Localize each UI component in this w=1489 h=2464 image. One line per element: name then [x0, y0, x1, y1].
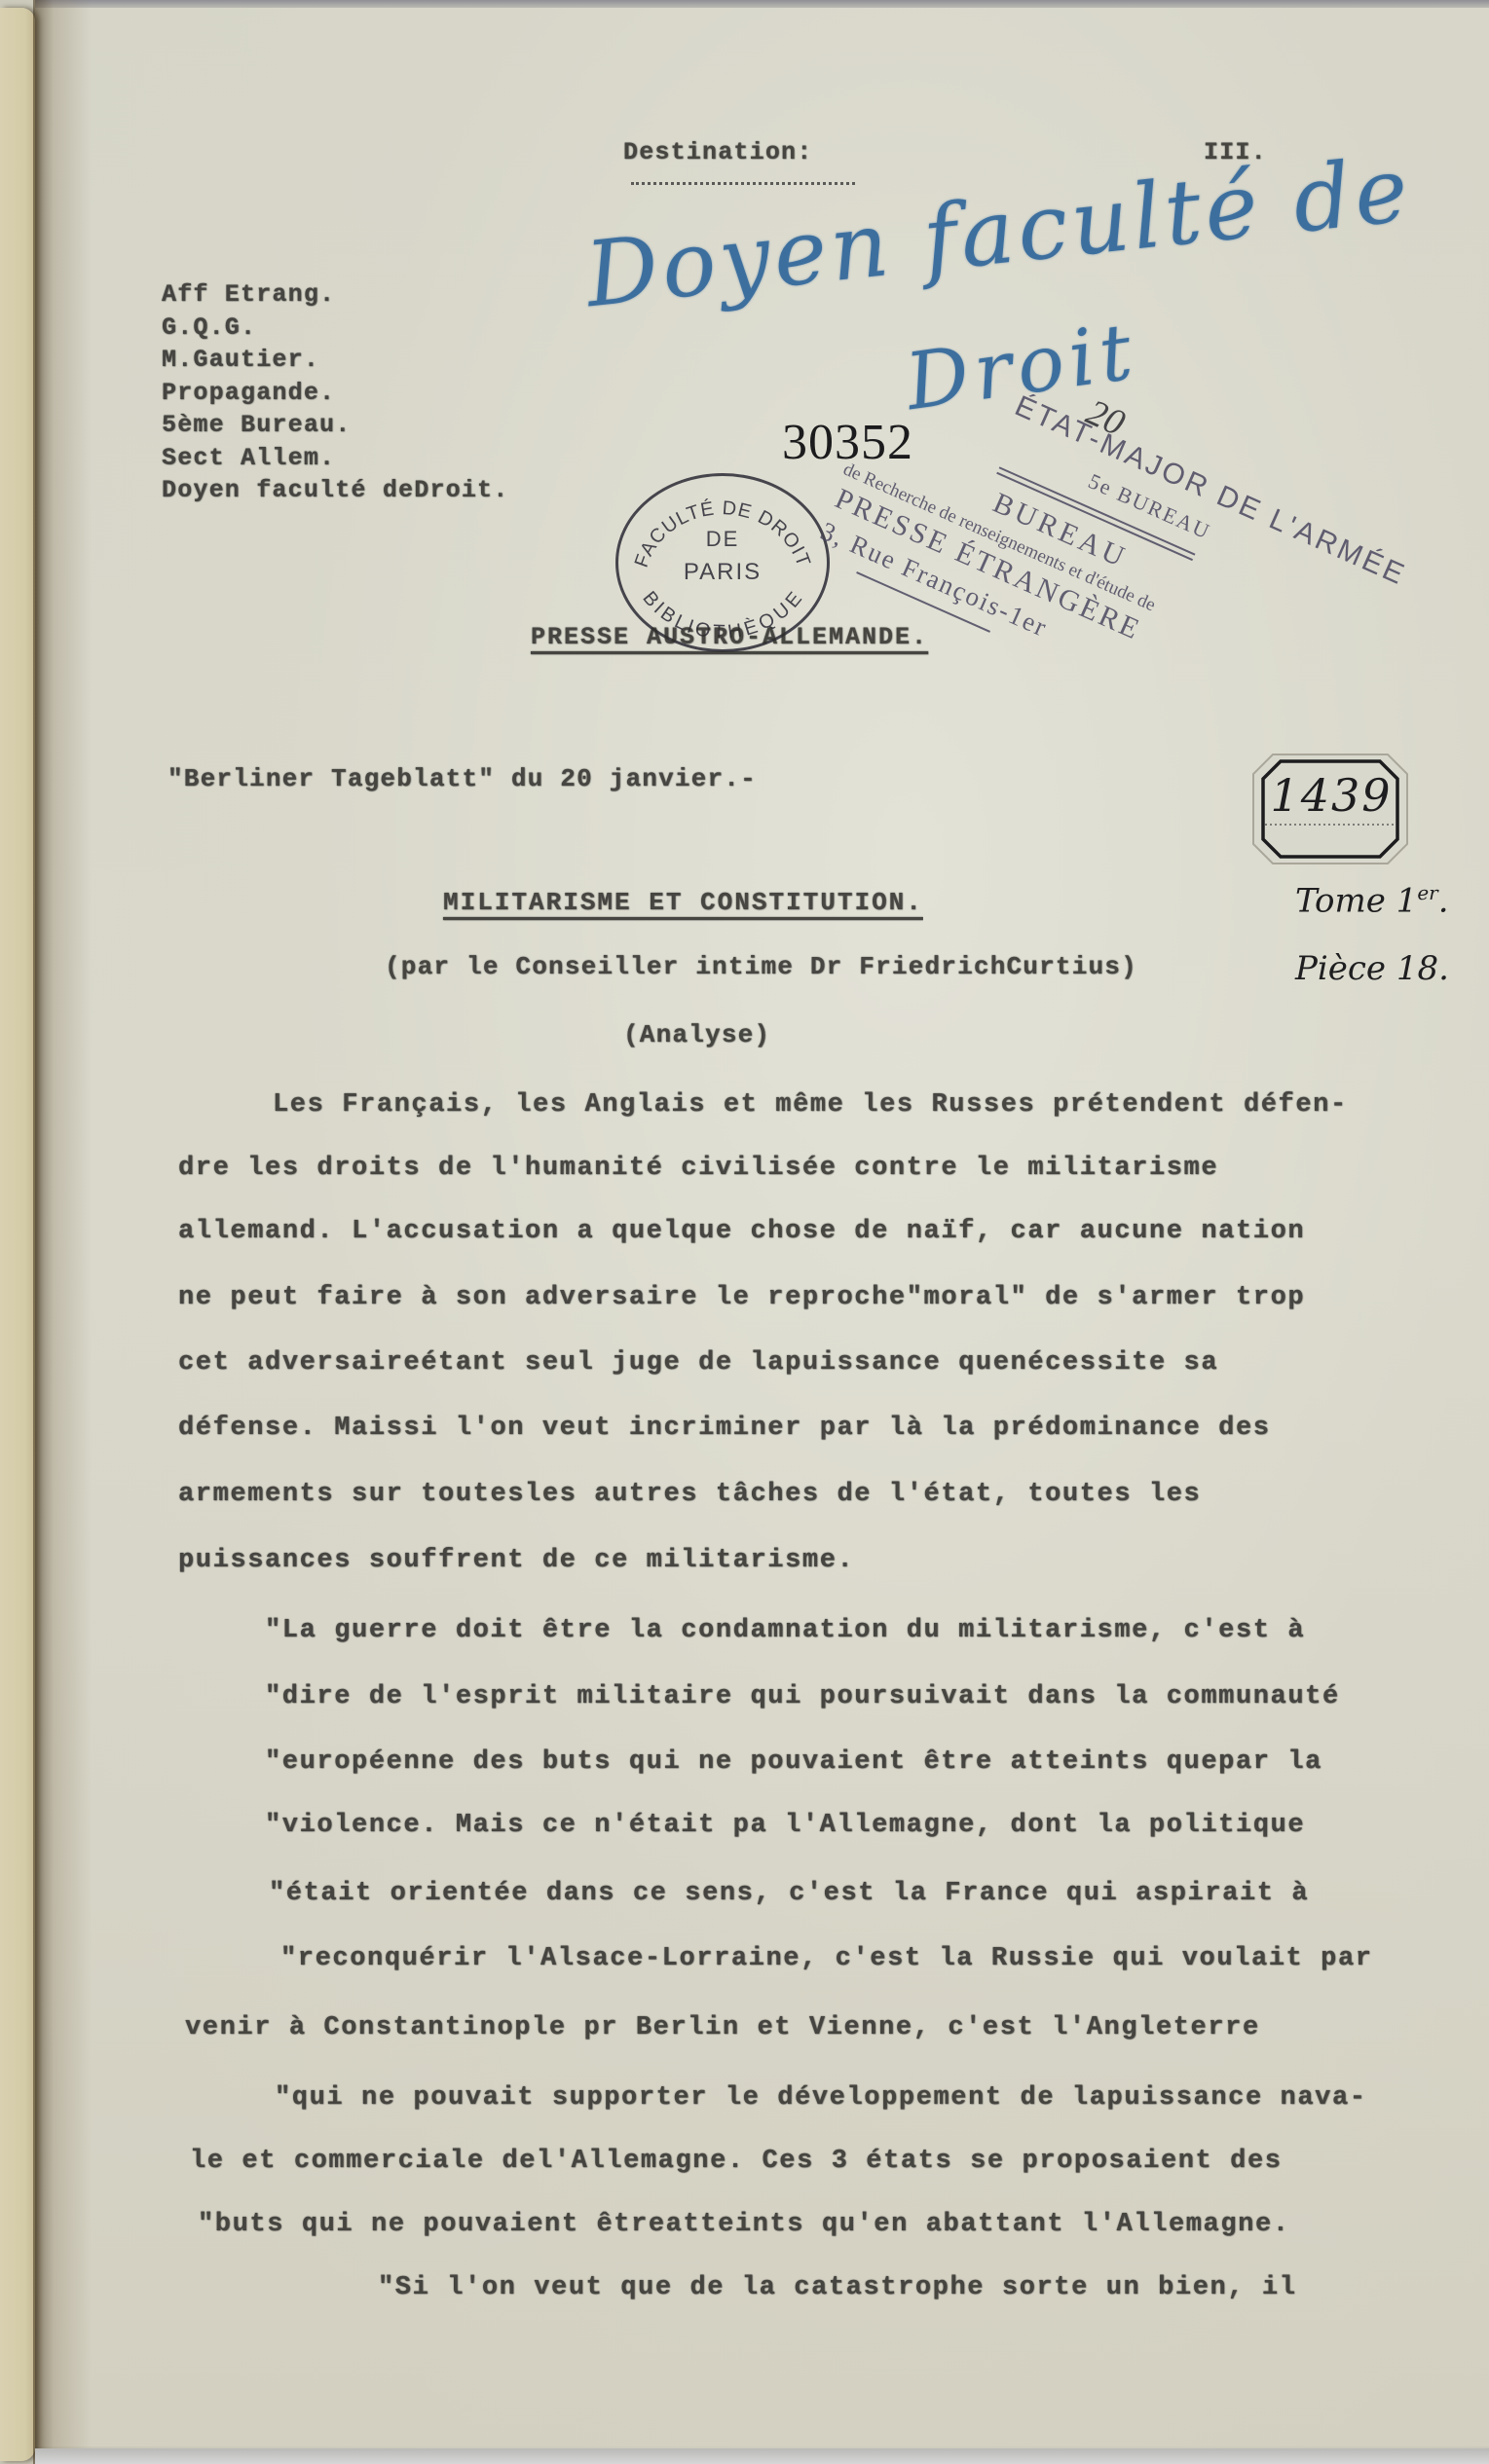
scan-bottom-edge [35, 2448, 1489, 2464]
tome-note: Tome 1er. [1295, 881, 1449, 920]
distribution-list: Aff Etrang. G.Q.G. M.Gautier. Propagande… [162, 278, 508, 507]
body-line: "dire de l'esprit militaire qui poursuiv… [265, 1682, 1340, 1711]
body-line: venir à Constantinople pr Berlin et Vien… [185, 2013, 1260, 2042]
tome-suffix: er [1417, 881, 1437, 904]
body-line: armements sur toutesles autres tâches de… [178, 1480, 1201, 1509]
body-line: Les Français, les Anglais et même les Ru… [273, 1090, 1348, 1120]
distribution-item: Propagande. [162, 377, 508, 410]
body-line: allemand. L'accusation a quelque chose d… [178, 1217, 1305, 1246]
archive-number: 1439 [1258, 769, 1404, 822]
distribution-item: Doyen faculté deDroit. [162, 474, 508, 507]
distribution-item: 5ème Bureau. [162, 409, 508, 442]
body-line: défense. Maissi l'on veut incriminer par… [178, 1414, 1271, 1443]
distribution-item: Aff Etrang. [162, 278, 508, 312]
library-stamp-de: DE [618, 527, 827, 552]
distribution-item: M.Gautier. [162, 344, 508, 377]
analysis-label: (Analyse) [623, 1020, 770, 1049]
piece-note: Pièce 18. [1295, 949, 1449, 988]
body-line: "reconquérir l'Alsace-Lorraine, c'est la… [280, 1944, 1373, 1973]
source-line: "Berliner Tageblatt" du 20 janvier.- [168, 764, 757, 793]
body-line: dre les droits de l'humanité civilisée c… [178, 1154, 1218, 1183]
library-stamp-paris: PARIS [618, 559, 827, 586]
body-line: puissances souffrent de ce militarisme. [178, 1546, 854, 1575]
body-line: "violence. Mais ce n'était pa l'Allemagn… [265, 1811, 1305, 1840]
body-line: "buts qui ne pouvaient êtreatteints qu'e… [198, 2210, 1290, 2239]
body-line: ne peut faire à son adversaire le reproc… [178, 1283, 1305, 1312]
distribution-item: G.Q.G. [162, 312, 508, 345]
distribution-item: Sect Allem. [162, 442, 508, 475]
section-title: PRESSE AUSTRO-ALLEMANDE. [531, 623, 928, 651]
destination-underline [631, 182, 855, 185]
binding-shadow [33, 0, 92, 2464]
body-line: "était orientée dans ce sens, c'est la F… [269, 1879, 1309, 1908]
body-line: cet adversaireétant seul juge de lapuiss… [178, 1348, 1218, 1378]
tome-dot: . [1438, 881, 1449, 920]
body-line: "qui ne pouvait supporter le développeme… [275, 2083, 1367, 2113]
tome-label: Tome 1 [1295, 881, 1417, 920]
previous-page-edge [0, 8, 35, 2461]
body-line: le et commerciale del'Allemagne. Ces 3 é… [190, 2147, 1283, 2176]
body-line: "La guerre doit être la condamnation du … [265, 1616, 1305, 1645]
body-line: "européenne des buts qui ne pouvaient êt… [265, 1747, 1322, 1777]
body-line: "Si l'on veut que de la catastrophe sort… [378, 2273, 1297, 2302]
article-title: MILITARISME ET CONSTITUTION. [443, 888, 923, 917]
article-byline: (par le Conseiller intime Dr FriedrichCu… [385, 952, 1137, 981]
destination-label: Destination: [623, 138, 812, 166]
